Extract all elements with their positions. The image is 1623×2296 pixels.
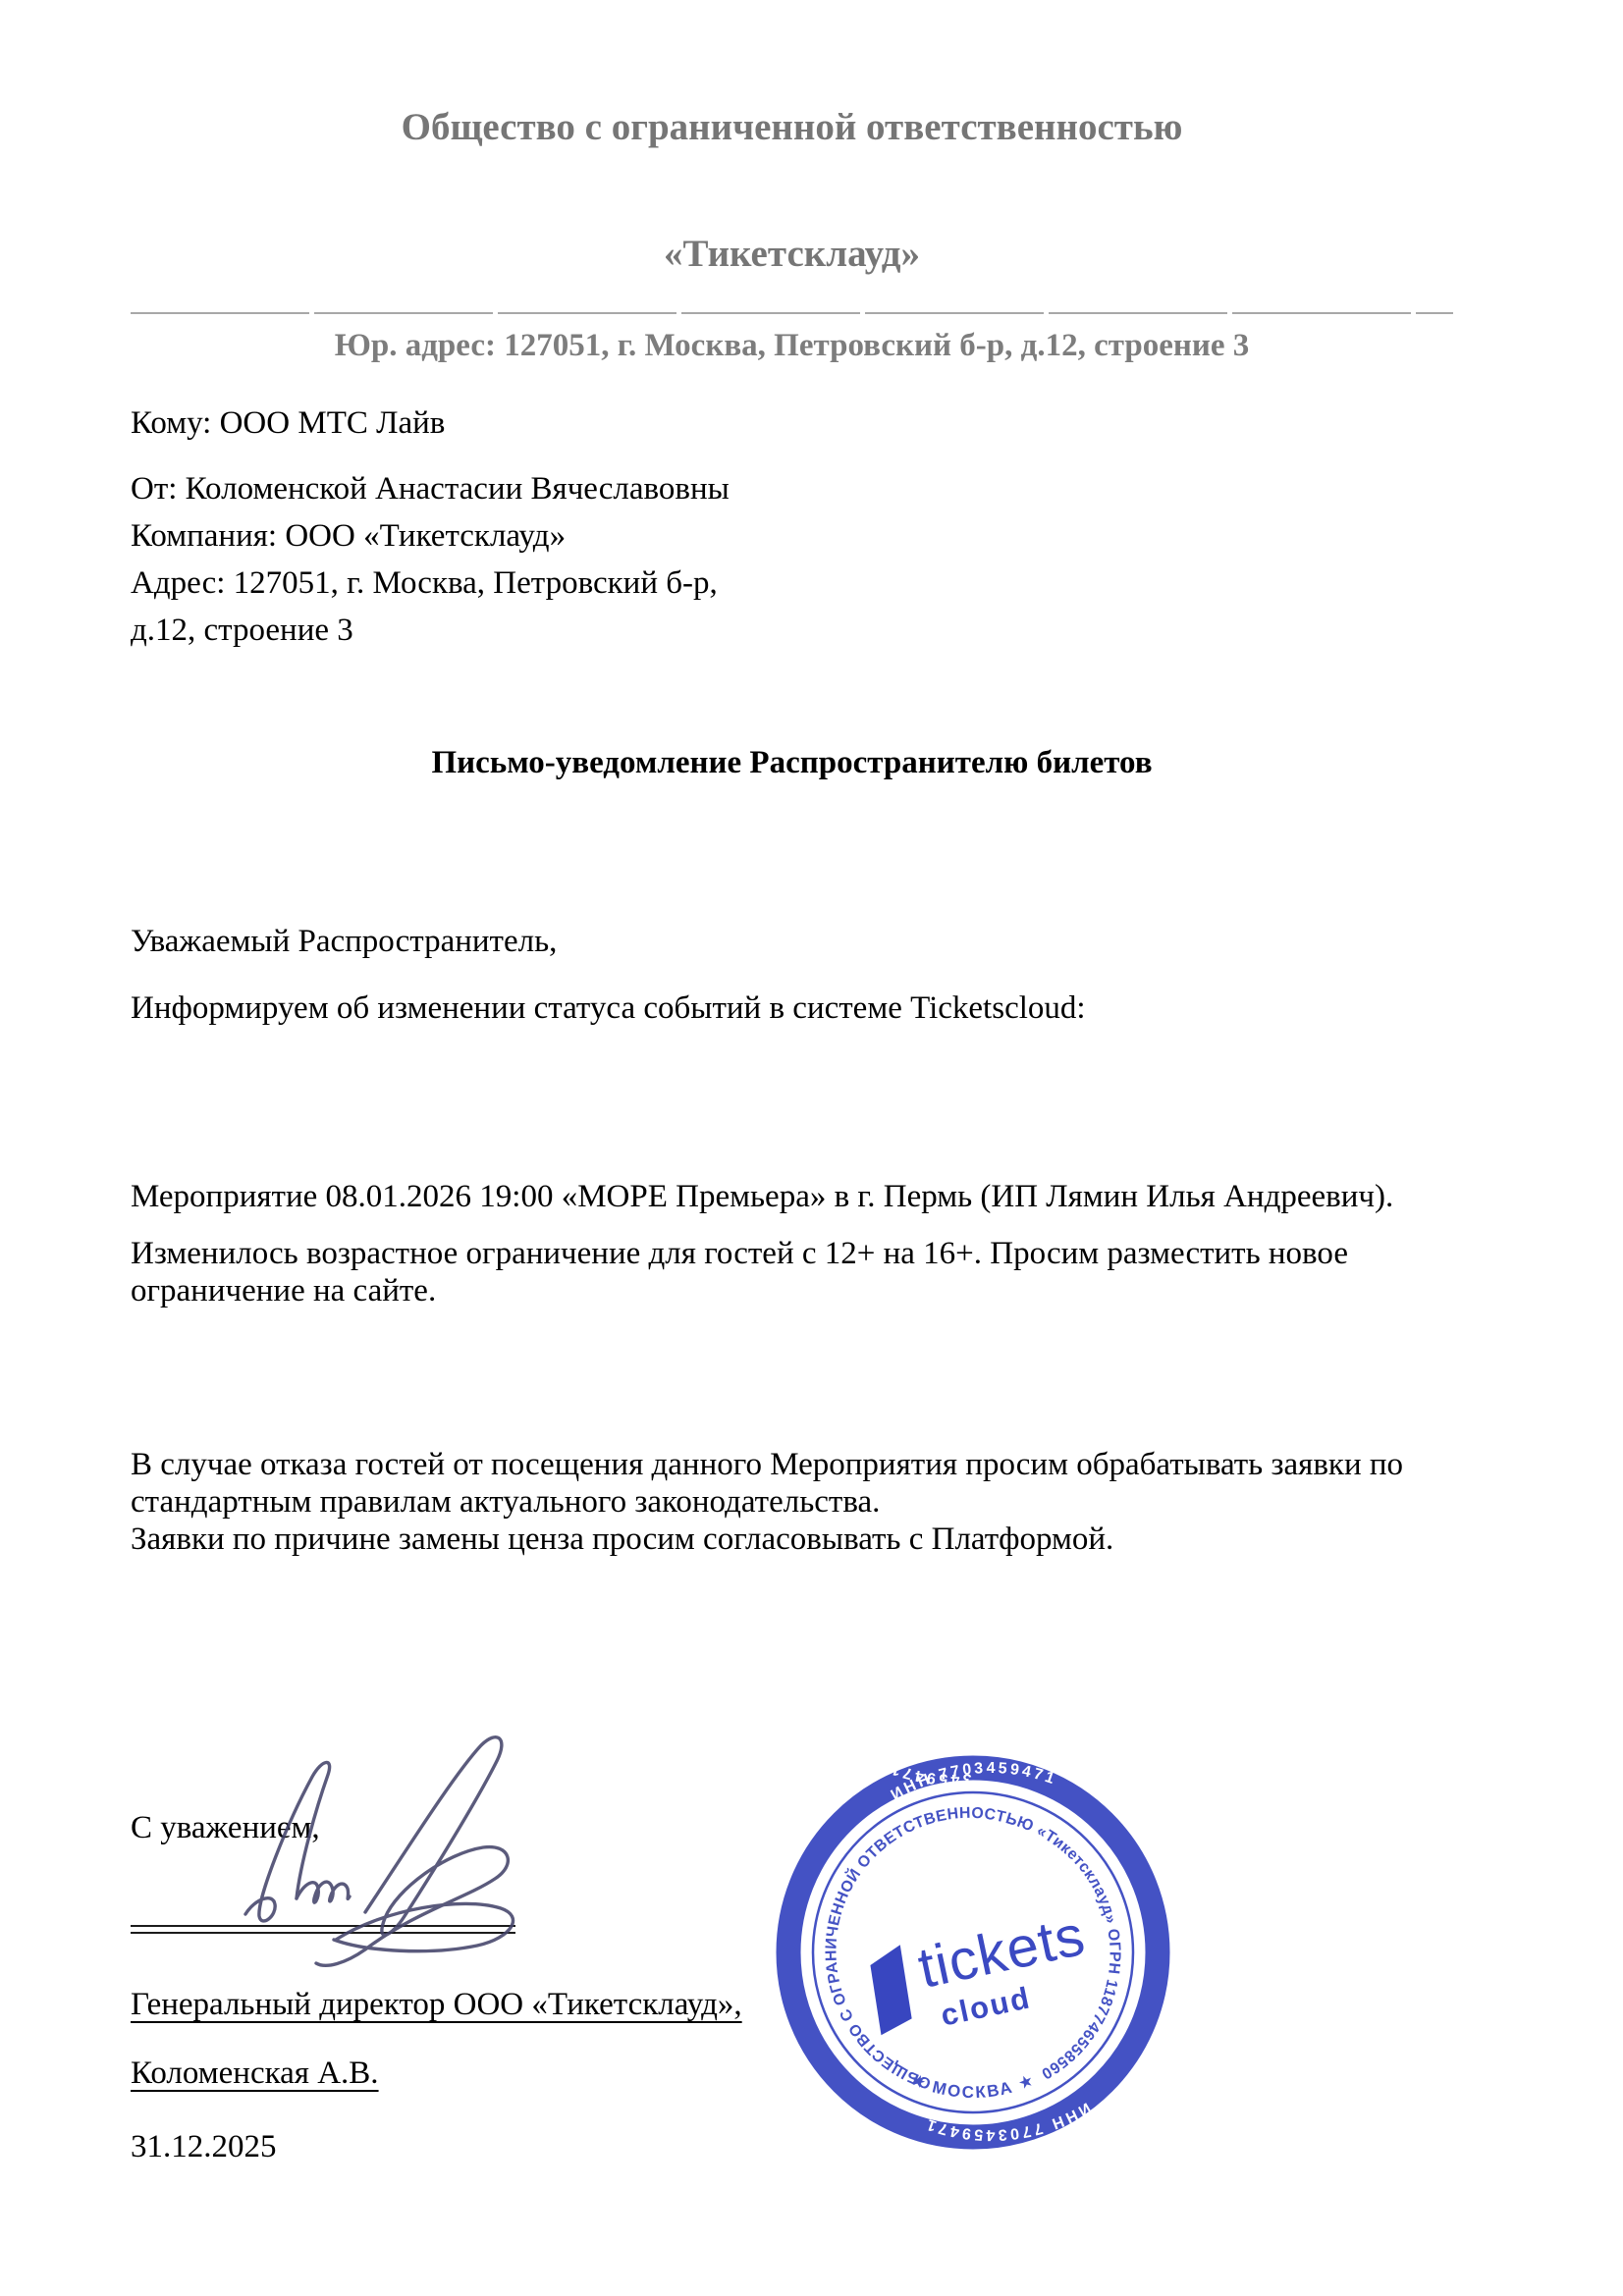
org-name-line2: «Тикетсклауд»: [131, 233, 1453, 276]
org-name-line1: Общество с ограниченной ответственностью: [131, 106, 1453, 149]
handwritten-signature: [218, 1706, 552, 1981]
letter-subject: Письмо-уведомление Распространителю биле…: [131, 744, 1453, 781]
event-line: Мероприятие 08.01.2026 19:00 «МОРЕ Премь…: [131, 1178, 1495, 1215]
company-stamp: ИНН 7703459471 ИНН 7703459471 ИНН 770345…: [772, 1750, 1174, 2155]
recipient-to-line: Кому: ООО МТС Лайв: [131, 404, 1495, 442]
policy-note: В случае отказа гостей от посещения данн…: [131, 1446, 1495, 1558]
salutation: Уважаемый Распространитель,: [131, 923, 1495, 960]
tickets-cloud-logo: tickets cloud: [863, 1903, 1098, 2046]
legal-address: Юр. адрес: 127051, г. Москва, Петровский…: [131, 327, 1453, 364]
letterhead-divider: [131, 312, 1453, 314]
ticket-stub-icon: [864, 1945, 918, 2035]
letter-page: Общество с ограниченной ответственностью…: [0, 0, 1623, 2296]
change-note: Изменилось возрастное ограничение для го…: [131, 1235, 1495, 1309]
intro-line: Информируем об изменении статуса событий…: [131, 989, 1495, 1027]
sender-from-block: От: Коломенской Анастасии Вячеславовны К…: [131, 465, 1495, 654]
